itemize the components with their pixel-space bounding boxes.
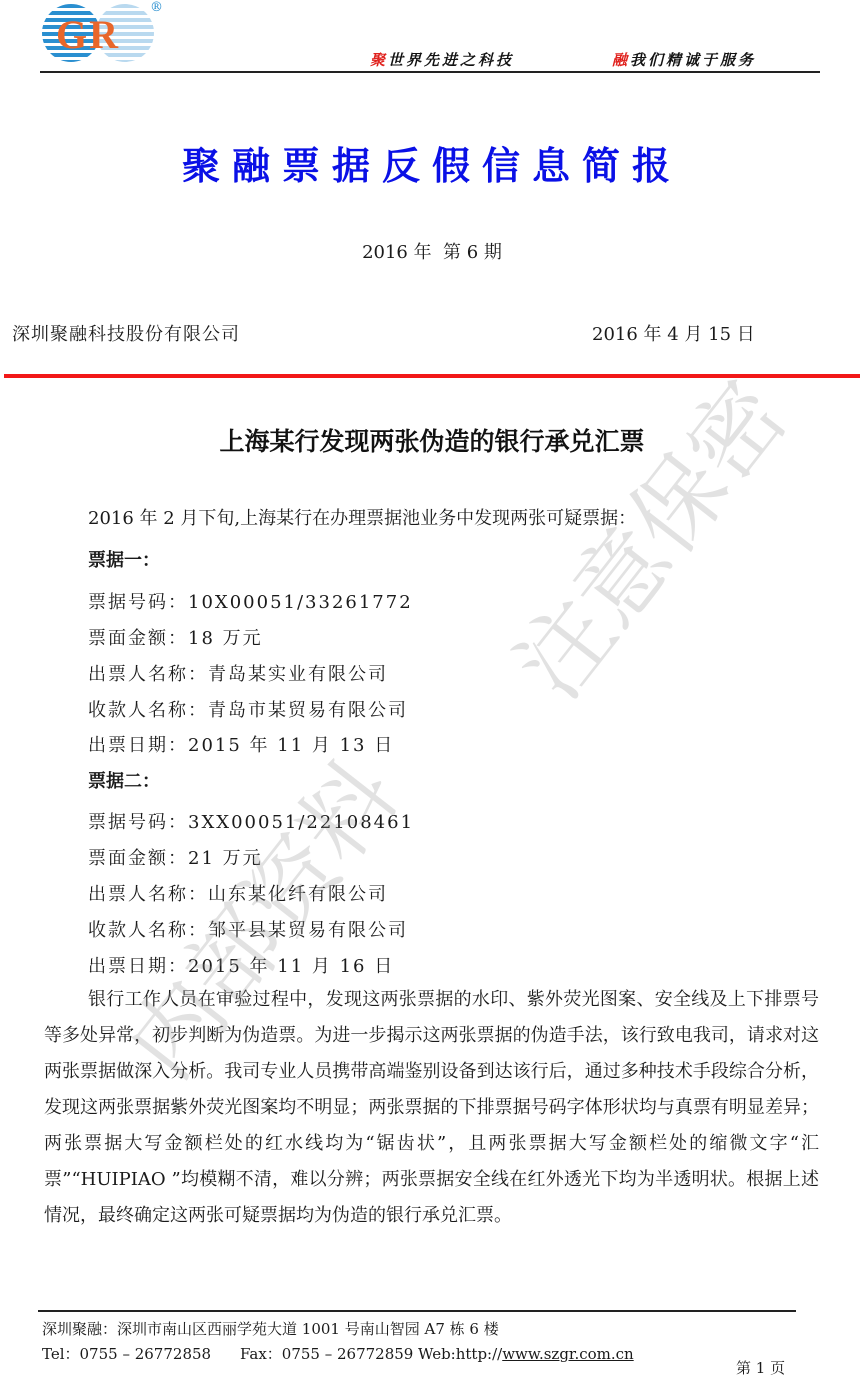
field-label: 票面金额： (88, 628, 188, 649)
field-label: 票面金额： (88, 848, 188, 869)
bill-2-issue-date: 出票日期：2015 年 11 月 16 日 (88, 952, 394, 978)
article-title: 上海某行发现两张伪造的银行承兑汇票 (0, 422, 864, 458)
footer-address: 深圳聚融：深圳市南山区西丽学苑大道 1001 号南山智园 A7 栋 6 楼 (42, 1318, 499, 1339)
logo-letters: GR (56, 11, 120, 58)
footer-web-link[interactable]: www.szgr.com.cn (502, 1345, 633, 1363)
bill-1-drawer: 出票人名称：青岛某实业有限公司 (88, 660, 388, 686)
bill-2-payee: 收款人名称：邹平县某贸易有限公司 (88, 916, 408, 942)
watermark-confidential: 注意保密 (480, 350, 811, 721)
page-number: 第 1 页 (736, 1357, 785, 1378)
bill-1-amount: 票面金额：18 万元 (88, 624, 263, 650)
slogan-right: 融我们精诚于服务 (612, 49, 756, 70)
field-value: 青岛市某贸易有限公司 (208, 700, 408, 721)
field-value: 10X00051/33261772 (188, 592, 413, 613)
field-label: 票据号码： (88, 592, 188, 613)
field-label: 收款人名称： (88, 920, 208, 941)
footer-divider (38, 1310, 796, 1312)
field-value: 2015 年 11 月 16 日 (188, 956, 394, 977)
slogan-text: 世界先进之科技 (388, 51, 514, 69)
footer-tel: Tel：0755 – 26772858 (42, 1343, 240, 1364)
company-logo: GR ® (42, 2, 164, 66)
bill-1-heading: 票据一： (88, 546, 160, 572)
field-value: 2015 年 11 月 13 日 (188, 735, 394, 756)
field-label: 出票日期： (88, 735, 188, 756)
footer-contact: Tel：0755 – 26772858Fax：0755 – 26772859We… (42, 1343, 634, 1364)
slogan-accent: 融 (612, 51, 630, 69)
field-value: 18 万元 (188, 628, 263, 649)
bill-1-number: 票据号码：10X00051/33261772 (88, 588, 413, 614)
bill-2-heading: 票据二： (88, 767, 160, 793)
bulletin-title: 聚融票据反假信息简报 (0, 135, 864, 190)
bill-2-number: 票据号码：3XX00051/22108461 (88, 808, 414, 834)
field-label: 出票人名称： (88, 884, 208, 905)
bill-1-issue-date: 出票日期：2015 年 11 月 13 日 (88, 731, 394, 757)
slogan-text: 我们精诚于服务 (630, 51, 756, 69)
publisher-name: 深圳聚融科技股份有限公司 (12, 320, 240, 346)
field-value: 3XX00051/22108461 (188, 812, 414, 833)
field-value: 21 万元 (188, 848, 263, 869)
registered-mark-icon: ® (150, 0, 163, 15)
bill-2-amount: 票面金额：21 万元 (88, 844, 263, 870)
field-value: 青岛某实业有限公司 (208, 664, 388, 685)
field-value: 邹平县某贸易有限公司 (208, 920, 408, 941)
issue-number: 2016 年 第 6 期 (0, 238, 864, 264)
footer-fax: Fax：0755 – 26772859 (240, 1343, 418, 1364)
field-value: 山东某化纤有限公司 (208, 884, 388, 905)
field-label: 票据号码： (88, 812, 188, 833)
article-body: 银行工作人员在审验过程中，发现这两张票据的水印、紫外荧光图案、安全线及上下排票号… (44, 982, 819, 1234)
header-divider (40, 71, 820, 73)
publish-date: 2016 年 4 月 15 日 (592, 320, 755, 346)
article-intro: 2016 年 2 月下旬,上海某行在办理票据池业务中发现两张可疑票据： (88, 504, 636, 530)
slogan-left: 聚世界先进之科技 (370, 49, 514, 70)
footer-web-prefix: Web:http:// (418, 1345, 502, 1363)
field-label: 出票人名称： (88, 664, 208, 685)
bill-1-payee: 收款人名称：青岛市某贸易有限公司 (88, 696, 408, 722)
masthead-red-divider (4, 374, 860, 378)
field-label: 出票日期： (88, 956, 188, 977)
slogan-accent: 聚 (370, 51, 388, 69)
bill-2-drawer: 出票人名称：山东某化纤有限公司 (88, 880, 388, 906)
field-label: 收款人名称： (88, 700, 208, 721)
